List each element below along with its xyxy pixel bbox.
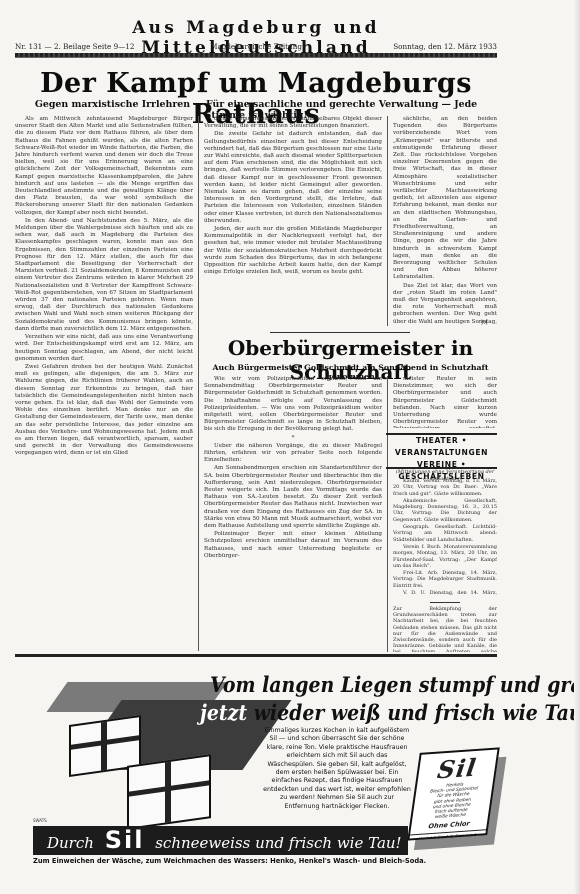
artist-signature: SWATS [33,818,47,823]
paragraph: Zwei Gefahren drohen bei der heutigen Wa… [15,364,193,458]
event-item: Verein f. Buch. Monatsversammlung morgen… [393,544,497,569]
paragraph: Am Sonnabendmorgen erschien ein Standart… [204,465,382,530]
section-divider [270,332,410,333]
paragraph: dieses Gemeinwesens, er ist unmittelbare… [204,116,382,130]
ad-headline-rest: wieder weiß und frisch wie Tau! [254,700,580,725]
paragraph: Ueber die näheren Vorgänge, die zu diese… [204,443,382,465]
paragraph: Als am Mittwoch zehntausend Magdeburger … [15,116,193,217]
masthead-title: Aus Magdeburg und Mitteldeutschland [15,18,497,58]
ad-headline-line-1: Vom langen Liegen stumpf und grau- [210,672,580,697]
slogan-brand: Sil [105,826,145,854]
event-item: Kaufm. Verein. Montag, d. 13. März, 20 U… [393,478,497,497]
author-mark: ):( [481,319,488,326]
ad-footer: Zum Einweichen der Wäsche, zum Weichmach… [33,857,503,865]
column-divider [387,376,388,652]
second-column-1: Wie wir vom Polizeipräsidium erfahren, s… [204,376,382,652]
events-note: Zur Bekämpfung der Grundwasserschäden tr… [393,606,497,652]
ad-body-text: Einmaliges kurzes Kochen in kalt aufgelö… [262,727,412,811]
paragraph: In den Abend- und Nachtstunden des 5. Mä… [15,218,193,333]
issue-date: Sonntag, den 12. März 1933 [393,42,497,51]
ad-slogan-band: Durch Sil schneeweiss und frisch wie Tau… [33,826,408,855]
events-section-header: THEATER • VERANSTALTUNGEN VEREINE • GESC… [386,433,497,469]
slogan-suffix: schneeweiss und frisch wie Tau! [155,834,401,852]
paragraph: Polizeimajor Beyer mit einer kleinen Abt… [204,531,382,560]
paragraph: Wie wir vom Polizeipräsidium erfahren, s… [204,376,382,434]
laundry-bundle-icon [127,754,211,830]
sil-package-icon: Sil Henkels Bleich- und Spülmittel für d… [407,747,499,840]
event-item: Akademische Gesellschaft, Magdeburg. Don… [393,498,497,523]
paragraph: Verzeihen wir eins nicht, daß aus uns ei… [15,334,193,363]
second-column-2: meister Reuter in sein Dienstzimmer, wo … [393,376,497,428]
column-divider [387,116,388,326]
bottom-rule [15,654,497,657]
lead-column-3: sächliche, an den beiden Tugenden des Bü… [393,116,497,326]
sil-advertisement: Vom langen Liegen stumpf und grau- jetzt… [17,660,522,876]
paragraph: meister Reuter in sein Dienstzimmer, wo … [393,376,497,428]
event-item: Frei-Lit. Arb. Dienstag, 14. März, Vortr… [393,570,497,589]
events-title-line-1: THEATER • VERANSTALTUNGEN [386,435,497,459]
page-edge [574,0,580,894]
lead-column-2: dieses Gemeinwesens, er ist unmittelbare… [204,116,382,326]
separator-asterisk: * [204,435,382,442]
package-maker: Henkel & Cie. A.G. Düsseldorf [409,830,486,842]
column-divider [198,116,199,651]
lead-column-1: Als am Mittwoch zehntausend Magdeburger … [15,116,193,656]
ad-headline-highlight: jetzt [200,700,247,725]
slogan-prefix: Durch [47,834,94,852]
event-item: Geograph. Gesellschaft. Lichtbild-Vortra… [393,524,497,543]
paragraph: sächliche, an den beiden Tugenden des Bü… [393,116,497,282]
events-divider [430,602,460,603]
event-item: V. D. U. Dienstag, den 14. März, 20.30 U… [393,590,497,596]
ad-headline-line-2: jetzt wieder weiß und frisch wie Tau! [200,700,580,725]
paragraph: Jeden, der auch nur die großen Mißstände… [204,226,382,276]
events-list: Kaufm. Verein. Montag, d. 13. März, 20 U… [393,478,497,596]
paragraph: Die zweite Gefahr ist dadurch entstanden… [204,131,382,225]
masthead-rule [15,53,497,58]
